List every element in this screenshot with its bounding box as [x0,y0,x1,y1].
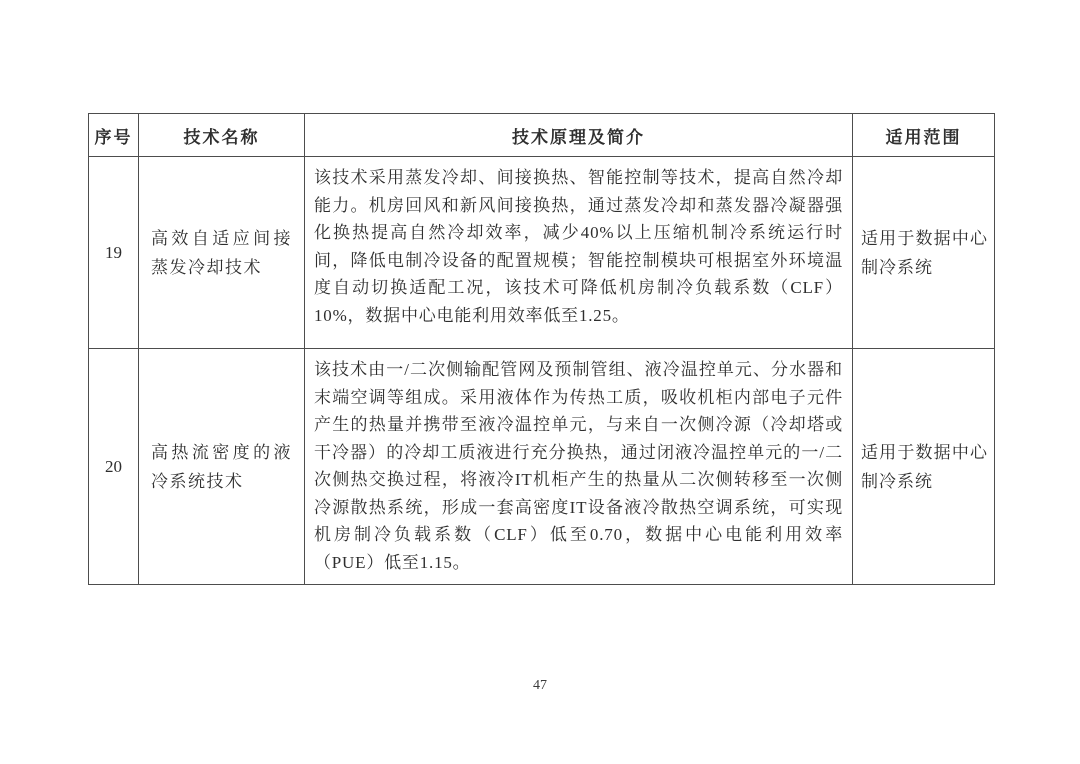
header-technology-name: 技术名称 [139,114,305,157]
header-serial-number: 序号 [89,114,139,157]
document-page: 序号 技术名称 技术原理及简介 适用范围 19 高效自适应间接蒸发冷却技术 该技… [0,0,1080,764]
row-19-description-text: 该技术采用蒸发冷却、间接换热、智能控制等技术，提高自然冷却能力。机房回风和新风间… [314,164,843,329]
row-20-number: 20 [89,349,139,585]
header-applicable-scope: 适用范围 [853,114,995,157]
row-20-description: 该技术由一/二次侧输配管网及预制管组、液冷温控单元、分水器和末端空调等组成。采用… [305,349,853,585]
row-20-scope: 适用于数据中心制冷系统 [853,349,995,585]
technology-table: 序号 技术名称 技术原理及简介 适用范围 19 高效自适应间接蒸发冷却技术 该技… [88,113,995,585]
header-principle-intro: 技术原理及简介 [305,114,853,157]
row-20-description-text: 该技术由一/二次侧输配管网及预制管组、液冷温控单元、分水器和末端空调等组成。采用… [314,356,843,576]
table-header-row: 序号 技术名称 技术原理及简介 适用范围 [89,114,995,157]
page-number: 47 [0,678,1080,694]
table-row: 19 高效自适应间接蒸发冷却技术 该技术采用蒸发冷却、间接换热、智能控制等技术，… [89,157,995,349]
table-row: 20 高热流密度的液冷系统技术 该技术由一/二次侧输配管网及预制管组、液冷温控单… [89,349,995,585]
row-19-scope: 适用于数据中心制冷系统 [853,157,995,349]
row-19-technology-name: 高效自适应间接蒸发冷却技术 [139,157,305,349]
row-19-number: 19 [89,157,139,349]
row-20-technology-name: 高热流密度的液冷系统技术 [139,349,305,585]
row-19-description: 该技术采用蒸发冷却、间接换热、智能控制等技术，提高自然冷却能力。机房回风和新风间… [305,157,853,349]
